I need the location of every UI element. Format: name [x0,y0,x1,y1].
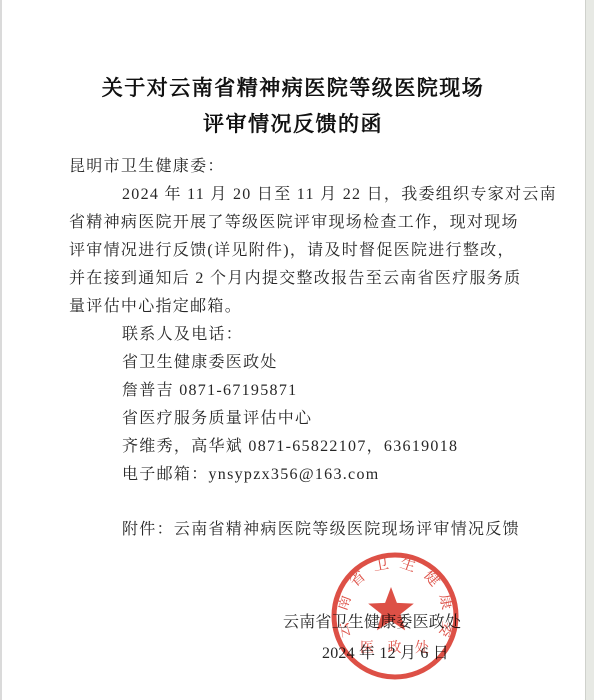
contact-email-line: 电子邮箱：ynsypzx356@163.com [69,461,521,489]
body-line: 评审情况进行反馈(详见附件)，请及时督促医院进行整改， [69,237,521,265]
official-seal-stamp-icon: 云南省卫生健康委 医 政 处 [330,551,460,681]
seal-star-icon [368,587,414,630]
body-line: 并在接到通知后 2 个月内提交整改报告至云南省医疗服务质 [69,265,521,293]
letter-body: 昆明市卫生健康委： 2024 年 11 月 20 日至 11 月 22 日，我委… [69,153,521,489]
body-line: 2024 年 11 月 20 日至 11 月 22 日，我委组织专家对云南 [69,181,521,209]
recipient-line: 昆明市卫生健康委： [69,153,521,181]
body-line: 省精神病医院开展了等级医院评审现场检查工作，现对现场 [69,209,521,237]
document-title: 关于对云南省精神病医院等级医院现场 评审情况反馈的函 [0,70,586,142]
contact-heading-line: 联系人及电话： [69,321,521,349]
body-line: 量评估中心指定邮箱。 [69,293,521,321]
title-line-2: 评审情况反馈的函 [0,106,586,142]
page-right-gutter [585,0,594,700]
page-left-edge [0,0,2,700]
attachment-line: 附件：云南省精神病医院等级医院现场评审情况反馈 [122,516,520,544]
contact-center-line: 省医疗服务质量评估中心 [69,405,521,433]
seal-inner-text: 医 政 处 [360,639,434,656]
title-line-1: 关于对云南省精神病医院等级医院现场 [0,70,586,106]
contact-dept-line: 省卫生健康委医政处 [69,349,521,377]
contact-person-line: 齐维秀，高华斌 0871-65822107，63619018 [69,433,521,461]
document-page: 关于对云南省精神病医院等级医院现场 评审情况反馈的函 昆明市卫生健康委： 202… [0,0,586,700]
contact-person-line: 詹普吉 0871-67195871 [69,377,521,405]
